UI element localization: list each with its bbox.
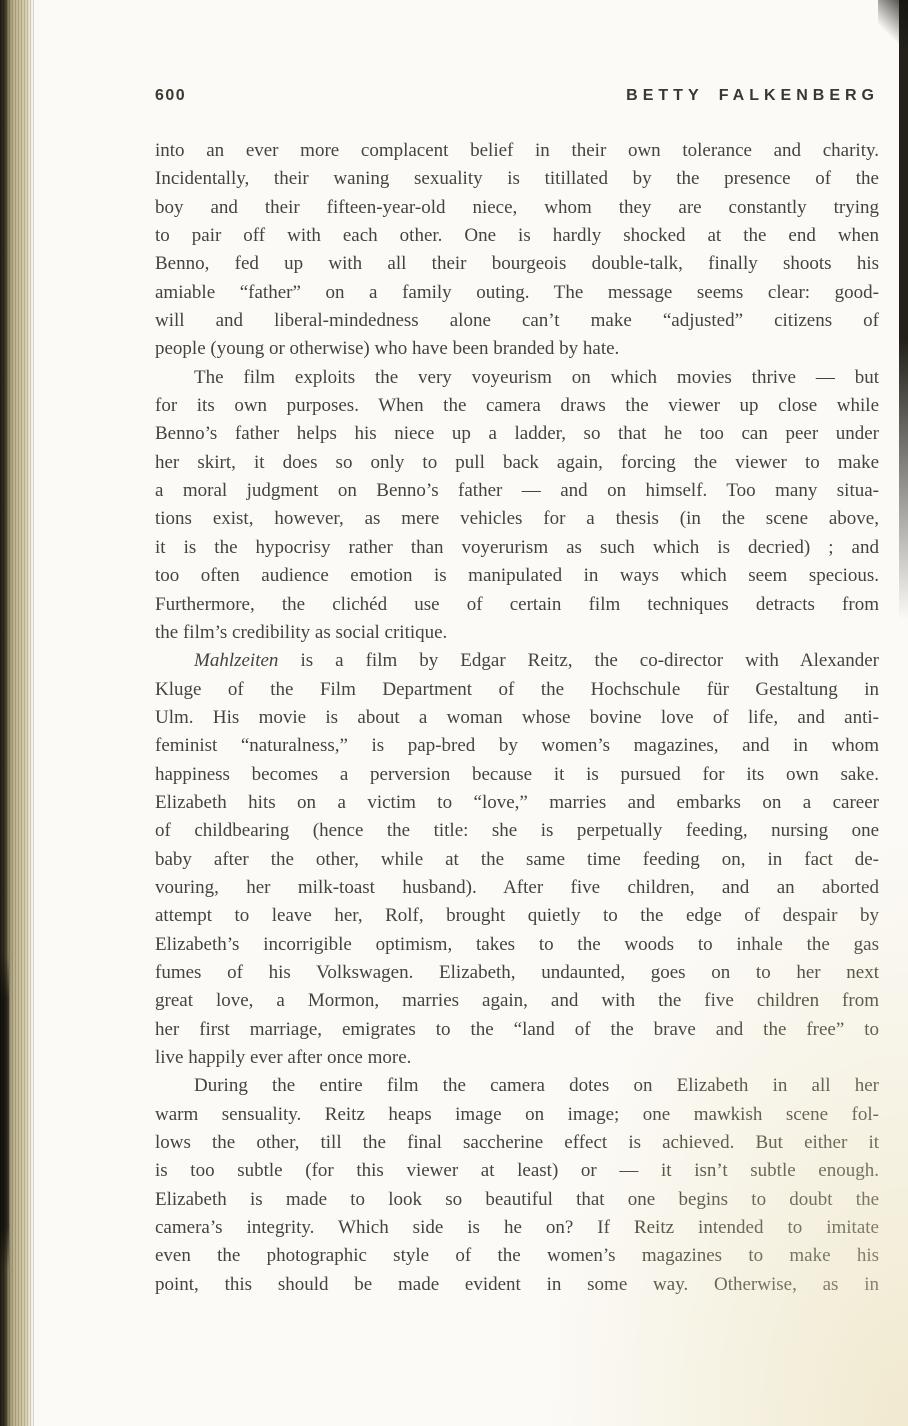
text-line: to pair off with each other. One is hard… <box>155 222 879 250</box>
running-header: 600 BETTY FALKENBERG <box>155 87 879 105</box>
text-line: into an ever more complacent belief in t… <box>155 137 879 165</box>
text-line: Kluge of the Film Department of the Hoch… <box>155 676 879 704</box>
scan-shadow-top-right-corner <box>878 0 908 48</box>
text-line: baby after the other, while at the same … <box>155 846 879 874</box>
paragraph: The film exploits the very voyeurism on … <box>155 364 879 647</box>
text-line: Elizabeth’s incorrigible optimism, takes… <box>155 931 879 959</box>
text-line: it is the hypocrisy rather than voyeruri… <box>155 534 879 562</box>
text-line: warm sensuality. Reitz heaps image on im… <box>155 1101 879 1129</box>
text-line: happiness becomes a perversion because i… <box>155 761 879 789</box>
text-line: will and liberal-mindedness alone can’t … <box>155 307 879 335</box>
text-line: is too subtle (for this viewer at least)… <box>155 1157 879 1185</box>
text-line: boy and their fifteen-year-old niece, wh… <box>155 194 879 222</box>
text-line: even the photographic style of the women… <box>155 1242 879 1270</box>
scanned-page: { "page": { "colors": { "paper": "#fbfaf… <box>0 0 908 1426</box>
text-line: a moral judgment on Benno’s father — and… <box>155 477 879 505</box>
text-line: her first marriage, emigrates to the “la… <box>155 1016 879 1044</box>
text-line: Ulm. His movie is about a woman whose bo… <box>155 704 879 732</box>
text-line: fumes of his Volkswagen. Elizabeth, unda… <box>155 959 879 987</box>
page-number: 600 <box>155 87 186 105</box>
text-line: her skirt, it does so only to pull back … <box>155 449 879 477</box>
text-line: too often audience emotion is manipulate… <box>155 562 879 590</box>
text-line: tions exist, however, as mere vehicles f… <box>155 505 879 533</box>
text-line: for its own purposes. When the camera dr… <box>155 392 879 420</box>
text-line: During the entire film the camera dotes … <box>155 1072 879 1100</box>
paragraph: During the entire film the camera dotes … <box>155 1072 879 1299</box>
text-line: The film exploits the very voyeurism on … <box>155 364 879 392</box>
text-line: people (young or otherwise) who have bee… <box>155 335 879 363</box>
text-line: Incidentally, their waning sexuality is … <box>155 165 879 193</box>
text-line: lows the other, till the final saccherin… <box>155 1129 879 1157</box>
page-body: into an ever more complacent belief in t… <box>155 137 879 1299</box>
paragraph: into an ever more complacent belief in t… <box>155 137 879 364</box>
text-line: Furthermore, the clichéd use of certain … <box>155 591 879 619</box>
italic-film-title: Mahlzeiten <box>194 650 278 671</box>
text-line: Benno’s father helps his niece up a ladd… <box>155 420 879 448</box>
text-line: attempt to leave her, Rolf, brought quie… <box>155 902 879 930</box>
paragraph: Mahlzeiten is a film by Edgar Reitz, the… <box>155 647 879 1072</box>
text-line: feminist “naturalness,” is pap-bred by w… <box>155 732 879 760</box>
text-line: point, this should be made evident in so… <box>155 1271 879 1299</box>
text-line: Mahlzeiten is a film by Edgar Reitz, the… <box>155 647 879 675</box>
text-line: camera’s integrity. Which side is he on?… <box>155 1214 879 1242</box>
text-line: Benno, fed up with all their bourgeois d… <box>155 250 879 278</box>
text-line: live happily ever after once more. <box>155 1044 879 1072</box>
book-edge-left <box>0 0 34 1426</box>
text-line: Elizabeth hits on a victim to “love,” ma… <box>155 789 879 817</box>
text-line: Elizabeth is made to look so beautiful t… <box>155 1186 879 1214</box>
text-line: amiable “father” on a family outing. The… <box>155 279 879 307</box>
text-line: the film’s credibility as social critiqu… <box>155 619 879 647</box>
scan-shadow-right <box>899 0 908 620</box>
text-line: great love, a Mormon, marries again, and… <box>155 987 879 1015</box>
text-line: of childbearing (hence the title: she is… <box>155 817 879 845</box>
running-header-author: BETTY FALKENBERG <box>626 87 879 105</box>
text-line: vouring, her milk-toast husband). After … <box>155 874 879 902</box>
